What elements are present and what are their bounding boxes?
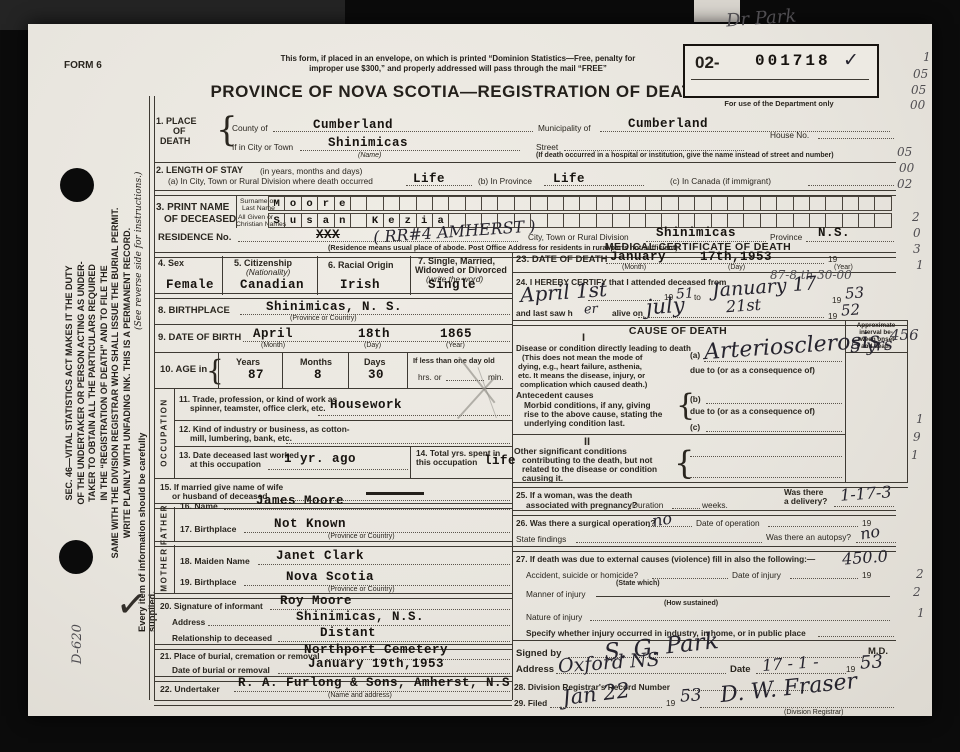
fill-line [286, 442, 510, 444]
s2-label-sub: (in years, months and days) [260, 166, 362, 176]
letter-cell: o [302, 196, 318, 211]
letter-cell [531, 196, 547, 211]
filed-year-hw: 53 [679, 685, 702, 706]
letter-cell [761, 213, 777, 228]
double-rule [154, 293, 512, 299]
box-rule [691, 79, 869, 80]
division-value: Shinimicas [656, 226, 736, 240]
margin-number: 2 [913, 585, 921, 599]
letter-cell [466, 196, 482, 211]
strip-divider [149, 96, 155, 700]
letter-cell: n [335, 213, 351, 228]
sex-label: 4. Sex [158, 258, 184, 268]
residence-struck-value: XXX [316, 228, 340, 242]
given-name-cells: Susan Kezia [268, 213, 892, 228]
fill-line [550, 706, 662, 708]
burial-place-value: Northport Cemetery [304, 643, 448, 657]
due-to-label: due to (or as a consequence of) [690, 406, 815, 416]
father-birthplace-value: Not Known [274, 517, 346, 531]
letter-cell [728, 196, 744, 211]
age-days: 30 [368, 368, 384, 382]
fill-line [273, 130, 533, 132]
s3-label: OF DECEASED [164, 214, 236, 225]
division-registrar-caption: (Division Registrar) [784, 709, 844, 716]
rule [596, 596, 890, 597]
undertaker-label: 22. Undertaker [160, 684, 220, 694]
sex-value: Female [166, 278, 214, 292]
autopsy-label: Was there an autopsy? [766, 532, 851, 542]
sec46-line: SEC. 46—VITAL STATISTICS ACT MAKES IT TH… [64, 144, 76, 622]
years-label: Years [236, 357, 260, 367]
letter-cell [646, 196, 662, 211]
rule [282, 352, 283, 388]
house-no-label: House No. [770, 130, 809, 140]
rule [512, 434, 845, 435]
letter-cell: s [302, 213, 318, 228]
margin-number: 2 [912, 210, 920, 224]
burial-date-value: January 19th,1953 [308, 657, 444, 671]
fill-line [672, 507, 700, 509]
fill-line [224, 508, 510, 510]
months-label: Months [300, 357, 332, 367]
father-name-value: James Moore [256, 494, 344, 508]
s13-value: 1 yr. ago [284, 452, 356, 466]
letter-cell [548, 213, 564, 228]
letter-cell: o [285, 196, 301, 211]
signed-date-hw: 17 - 1 - [761, 652, 819, 675]
operation-hw: no [651, 508, 674, 530]
letter-cell: K [367, 213, 383, 228]
code-450-hw: 450.0 [841, 546, 888, 568]
s1-label: DEATH [160, 136, 190, 146]
province-value: N.S. [818, 226, 850, 240]
father-birthplace-label: 17. Birthplace [180, 524, 236, 534]
fill-line [576, 541, 762, 543]
mother-maiden-value: Janet Clark [276, 549, 364, 563]
letter-cell [580, 196, 596, 211]
letter-cell [384, 196, 400, 211]
fill-line [564, 149, 744, 151]
letter-cell [564, 213, 580, 228]
rule [174, 545, 175, 593]
fill-line [652, 577, 728, 579]
fill-line [268, 468, 408, 470]
rule [174, 388, 175, 478]
letter-cell [794, 196, 810, 211]
s1-label: 1. PLACE [156, 116, 197, 126]
duration-label: Duration [632, 500, 663, 510]
due-to-label: due to (or as a consequence of) [690, 365, 815, 375]
street-label: Street [536, 142, 558, 152]
letter-cell [662, 196, 678, 211]
burial-date-label: Date of burial or removal [172, 665, 270, 675]
informant-signature: Roy Moore [280, 594, 352, 608]
double-rule [154, 541, 512, 547]
cause-b-label: (b) [690, 394, 701, 404]
reverse-side-note: (See reverse side for instructions.) [134, 150, 144, 330]
rule [154, 324, 512, 325]
form-paper: SEC. 46—VITAL STATISTICS ACT MAKES IT TH… [28, 24, 932, 716]
letter-cell [859, 196, 875, 211]
fill-line [808, 184, 894, 186]
death-day: 17th,1953 [700, 250, 772, 264]
informant-address-value: Shinimicas, N.S. [296, 610, 424, 624]
signed-date-label: Date [730, 664, 751, 675]
disease-note: dying, e.g., heart failure, asthenia, [518, 362, 642, 371]
checkmark: ✓ [114, 580, 150, 628]
marital-value: Single [428, 278, 476, 292]
letter-cell [794, 213, 810, 228]
double-rule [512, 546, 896, 552]
margin-number: 3 [913, 242, 921, 256]
registration-code: 02- [695, 53, 720, 73]
fill-line [278, 640, 510, 642]
dob-label: 9. DATE OF BIRTH [158, 332, 241, 343]
residence-label: RESIDENCE No. [158, 232, 231, 243]
accident-label: Accident, suicide or homicide? [526, 570, 638, 580]
scanned-death-registration: SEC. 46—VITAL STATISTICS ACT MAKES IT TH… [0, 0, 960, 752]
s2-label: 2. LENGTH OF STAY [156, 165, 243, 175]
fill-line [638, 316, 824, 318]
mother-side-label: MOTHER [160, 540, 169, 600]
letter-cell [351, 213, 367, 228]
age-label: 10. AGE in [160, 364, 207, 375]
letter-cell [630, 213, 646, 228]
letter-cell: u [285, 213, 301, 228]
birthplace-value: Shinimicas, N. S. [266, 300, 402, 314]
disease-note: complication which caused death.) [520, 380, 647, 389]
s1-label: OF [173, 126, 186, 136]
how-sustained-caption: (How sustained) [664, 600, 718, 607]
racial-origin-value: Irish [340, 278, 380, 292]
birthplace-label: 8. BIRTHPLACE [158, 305, 230, 316]
fill-line [628, 507, 630, 509]
fill-line [700, 706, 894, 708]
death-year-prefix: 19 [828, 254, 837, 264]
s2c-label: (c) In Canada (if immigrant) [670, 176, 771, 186]
letter-cell [417, 196, 433, 211]
county-value: Cumberland [313, 118, 393, 132]
margin-number: 1 [917, 606, 925, 620]
letter-cell [367, 196, 383, 211]
surname-cells: Moore [268, 196, 892, 211]
year-prefix: 19 [862, 570, 871, 580]
date-injury-label: Date of injury [732, 570, 781, 580]
s11-label: spinner, teamster, office clerk, etc. [190, 403, 326, 413]
margin-number: 00 [910, 98, 925, 112]
antecedent-note: underlying condition last. [524, 418, 625, 428]
letter-cell [433, 196, 449, 211]
double-rule [512, 510, 896, 516]
letter-cell [482, 196, 498, 211]
rule [907, 320, 908, 482]
letter-cell: r [318, 196, 334, 211]
sec46-line: WRITE PLAINLY WITH UNFADING INK. THIS IS… [122, 144, 134, 622]
rule [154, 162, 896, 163]
state-which-caption: (State which) [616, 580, 660, 587]
letter-cell [449, 196, 465, 211]
less-than-day-label: If less than one day old [413, 356, 495, 365]
mother-birthplace-label: 19. Birthplace [180, 577, 236, 587]
saw-year-hw: 52 [840, 300, 860, 319]
letter-cell: M [269, 196, 285, 211]
letter-cell [712, 196, 728, 211]
s2b-label: (b) In Province [478, 176, 532, 186]
margin-number: 02 [897, 177, 912, 191]
year-caption: (Year) [446, 342, 465, 349]
sec46-line: SAME WITH THE DIVISION REGISTRAR WHO SHA… [110, 144, 122, 622]
fill-line [590, 619, 890, 621]
fill-line [258, 563, 510, 565]
letter-cell [597, 213, 613, 228]
rule [410, 256, 411, 295]
citizenship-value: Canadian [240, 278, 304, 292]
s26-label: 26. Was there a surgical operation? [516, 518, 655, 528]
rule [174, 420, 512, 421]
city-label: If in City or Town [232, 142, 293, 152]
undertaker-caption: (Name and address) [328, 692, 392, 699]
dob-month: April [253, 327, 293, 341]
fill-line [706, 402, 842, 404]
letter-cell [613, 213, 629, 228]
cause-c-label: (c) [690, 422, 700, 432]
check-icon: ✓ [843, 49, 859, 72]
saw-day-hw: 21st [725, 295, 761, 316]
letter-cell [859, 213, 875, 228]
nature-injury-label: Nature of injury [526, 612, 582, 622]
rule [174, 446, 512, 447]
state-findings-label: State findings [516, 534, 566, 544]
disease-note: etc. It means the disease, injury, or [518, 371, 645, 380]
fill-line [704, 360, 842, 362]
roman-one: I [582, 332, 585, 344]
father-bp-caption: (Province or Country) [328, 533, 395, 540]
fill-line [790, 577, 858, 579]
fill-line [834, 505, 894, 507]
margin-number: 05 [911, 83, 926, 97]
fill-line [818, 635, 894, 637]
rule [407, 352, 408, 388]
letter-cell [564, 196, 580, 211]
father-name-label: 16. Name [180, 501, 218, 511]
month-caption: (Month) [261, 342, 285, 349]
undertaker-value: R. A. Furlong & Sons, Amherst, N.S [238, 676, 510, 690]
registration-number-box: 02- 001718 ✓ [683, 44, 879, 98]
s2a-value: Life [413, 172, 445, 186]
disease-label: Disease or condition directly leading to… [516, 344, 691, 353]
s11-value: Housework [330, 398, 402, 412]
mother-bp-caption: (Province or Country) [328, 586, 395, 593]
rule [410, 446, 411, 478]
margin-number: 456 [890, 326, 919, 344]
day-caption: (Day) [728, 264, 745, 271]
letter-cell [630, 196, 646, 211]
rule [348, 352, 349, 388]
dept-caption: For use of the Department only [683, 99, 875, 108]
racial-origin-label: 6. Racial Origin [328, 260, 394, 270]
hrs-label: hrs. or [418, 372, 442, 382]
letter-cell [810, 196, 826, 211]
disease-note: (This does not mean the mode of [522, 353, 642, 362]
fill-line [690, 455, 842, 457]
letter-cell [580, 213, 596, 228]
s2b-value: Life [553, 172, 585, 186]
margin-number: 00 [899, 161, 914, 175]
fill-line [278, 672, 510, 674]
page-title: PROVINCE OF NOVA SCOTIA—REGISTRATION OF … [158, 82, 758, 102]
month-caption: (Month) [622, 264, 646, 271]
to-label: to [694, 292, 701, 302]
city-value: Shinimicas [328, 136, 408, 150]
letter-cell [843, 196, 859, 211]
cause-a-label: (a) [690, 350, 700, 360]
mail-note: This form, if placed in an envelope, on … [268, 54, 648, 73]
form-number: FORM 6 [64, 60, 102, 71]
letter-cell [744, 196, 760, 211]
dob-day: 18th [358, 327, 390, 341]
s27-label: 27. If death was due to external causes … [516, 554, 815, 564]
letter-cell [695, 196, 711, 211]
last-saw-label: and last saw h [516, 308, 573, 318]
doctor-annotation: Dr Park [725, 6, 797, 32]
county-label: County of [232, 123, 268, 133]
margin-number: 1 [916, 258, 924, 272]
burial-place-label: 21. Place of burial, cremation or remova… [160, 651, 320, 661]
letter-cell [515, 196, 531, 211]
death-month: January [610, 250, 666, 264]
manner-injury-label: Manner of injury [526, 589, 586, 599]
mother-maiden-label: 18. Maiden Name [180, 556, 250, 566]
municipality-value: Cumberland [628, 117, 708, 131]
s15-dash-value [366, 492, 424, 495]
margin-number: 9 [913, 430, 921, 444]
name-caption: (Name) [358, 152, 381, 159]
letter-cell [597, 196, 613, 211]
age-months: 8 [314, 368, 322, 382]
age-brace: { [206, 354, 224, 387]
fill-line [856, 541, 896, 543]
filed-label: 29. Filed [514, 698, 547, 708]
rule [154, 478, 512, 479]
physician-address-label: Address [516, 664, 554, 675]
s14-label: this occupation [416, 457, 477, 467]
s25-label: associated with pregnancy? [526, 500, 637, 510]
letter-cell: S [269, 213, 285, 228]
fill-line [318, 414, 510, 416]
letter-cell: a [318, 213, 334, 228]
occupation-side-label: OCCUPATION [160, 393, 169, 473]
s3-label: 3. PRINT NAME [156, 202, 229, 213]
fill-line [648, 525, 692, 527]
relationship-label: Relationship to deceased [172, 633, 272, 643]
letter-cell [826, 196, 842, 211]
letter-cell [777, 213, 793, 228]
letter-cell [679, 196, 695, 211]
informant-label: 20. Signature of informant [160, 601, 263, 611]
antecedent-label: Antecedent causes [516, 390, 593, 400]
rule [222, 256, 223, 295]
rule [174, 507, 175, 542]
s13-label: at this occupation [190, 459, 261, 469]
delivery-label: a delivery? [784, 496, 827, 506]
letter-cell [875, 196, 891, 211]
letter-cell [400, 196, 416, 211]
double-rule [154, 700, 512, 706]
sec46-line: TAKER TO OBTAIN ALL THE PARTICULARS REQU… [87, 144, 99, 622]
letter-cell: e [335, 196, 351, 211]
s15-label: or husband of deceased [172, 491, 267, 501]
citizenship-sub: (Nationality) [246, 267, 290, 277]
letter-cell [351, 196, 367, 211]
medical-cert-title: MEDICAL CERTIFICATE OF DEATH [518, 241, 878, 253]
rule [317, 256, 318, 295]
year-prefix: 19 [666, 698, 675, 708]
letter-cell [875, 213, 891, 228]
margin-number: 05 [897, 145, 912, 159]
letter-cell [761, 196, 777, 211]
interval-value-hw: 5 yrs [849, 335, 893, 358]
margin-number: 1 [911, 448, 919, 462]
letter-cell [548, 196, 564, 211]
fill-line [818, 137, 894, 139]
municipality-label: Municipality of [538, 123, 591, 133]
pencil-file-note: D-620 [70, 624, 85, 664]
signed-year-hw: 53 [859, 651, 883, 674]
margin-number: 1 [916, 412, 924, 426]
letter-cell [777, 196, 793, 211]
fill-line [690, 476, 842, 478]
s25-label: 25. If a woman, was the death [516, 490, 632, 500]
her-hw: er [583, 302, 598, 318]
age-years: 87 [248, 368, 264, 382]
margin-number: 2 [916, 567, 924, 581]
rule [154, 388, 512, 389]
relationship-value: Distant [320, 626, 376, 640]
delivery-hw: 1-17-3 [839, 482, 892, 505]
letter-cell [498, 196, 514, 211]
rule [218, 352, 219, 388]
street-caption: (If death occurred in a hospital or inst… [536, 152, 834, 159]
s14-value: life [484, 454, 516, 468]
sec46-line: OF THE UNDERTAKER OR PERSON ACTING AS UN… [76, 144, 88, 622]
margin-number: 1 [923, 50, 931, 64]
fill-line [768, 525, 858, 527]
rule [154, 352, 512, 353]
sec46-notice: SEC. 46—VITAL STATISTICS ACT MAKES IT TH… [64, 144, 133, 622]
birthplace-caption: (Province or Country) [290, 315, 357, 322]
margin-number: 0 [913, 226, 921, 240]
margin-number: 05 [913, 67, 928, 81]
day-caption: (Day) [364, 342, 381, 349]
informant-address-label: Address [172, 617, 205, 627]
signed-by-label: Signed by [516, 648, 561, 659]
operation-date-label: Date of operation [696, 518, 760, 528]
registration-number: 001718 [755, 52, 831, 70]
mother-birthplace-value: Nova Scotia [286, 570, 374, 584]
sec46-line: IN THE “REGISTRATION OF DEATH” AND TO FI… [99, 144, 111, 622]
fill-line [706, 430, 842, 432]
weeks-label: weeks. [702, 500, 728, 510]
letter-cell [744, 213, 760, 228]
dob-year: 1865 [440, 327, 472, 341]
s2a-label: (a) In City, Town or Rural Division wher… [168, 176, 373, 186]
date-of-death-label: 23. DATE OF DEATH [516, 254, 608, 265]
letter-cell [613, 196, 629, 211]
s12-label: mill, lumbering, bank, etc. [190, 433, 292, 443]
days-label: Days [364, 357, 386, 367]
